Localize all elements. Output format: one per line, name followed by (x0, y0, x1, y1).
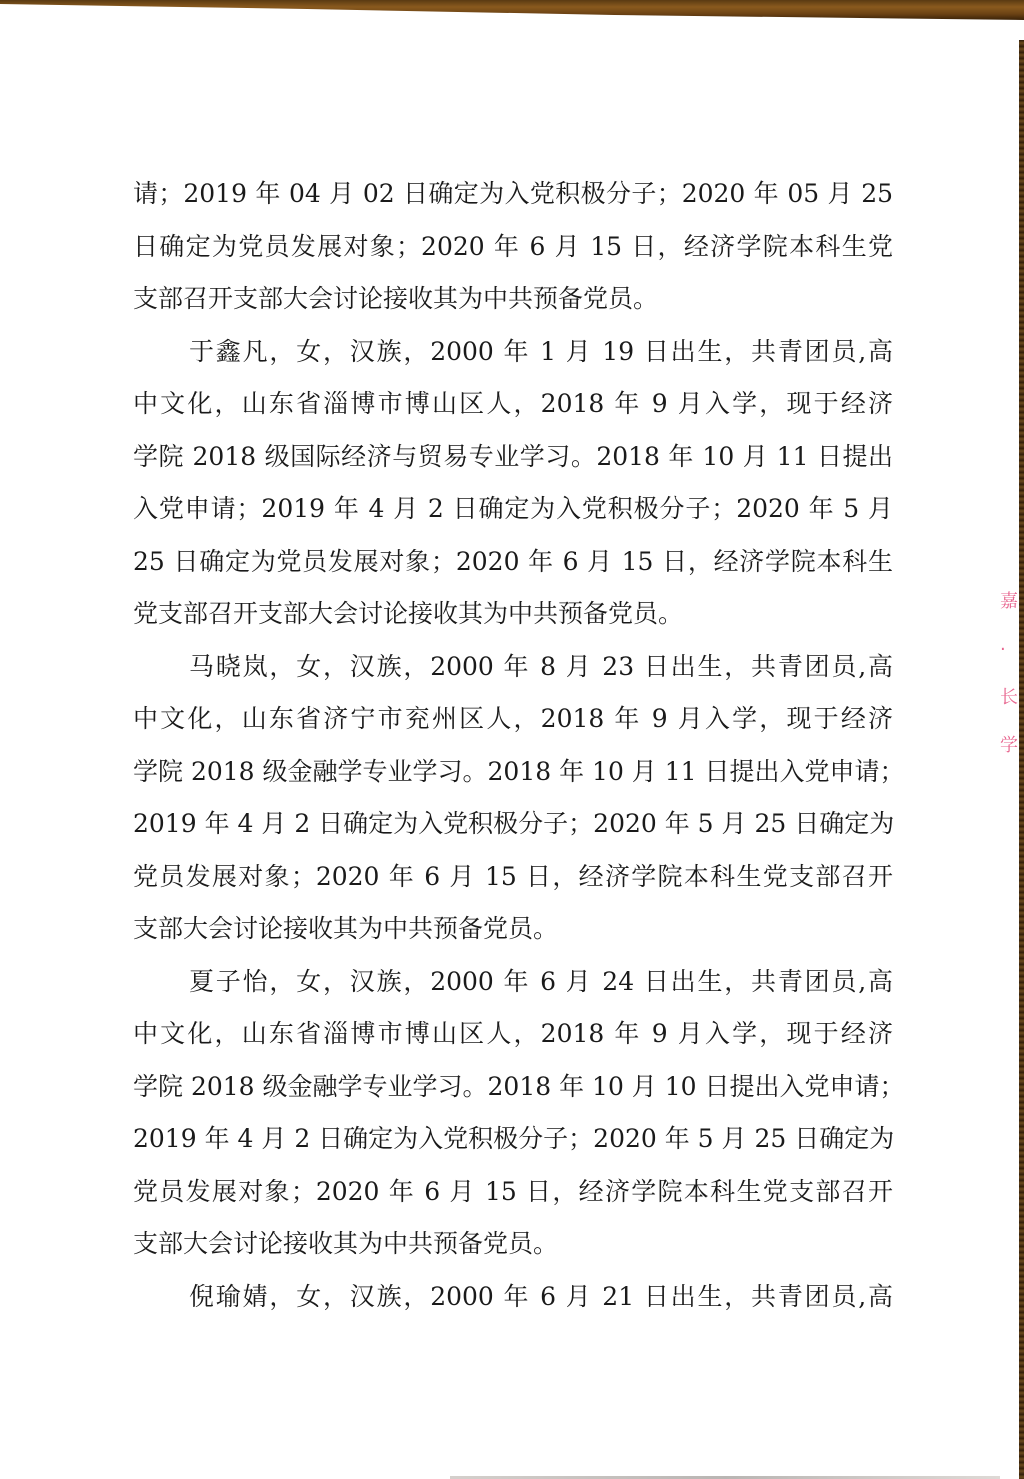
text-line: 学院 2018 级国际经济与贸易专业学习。2018 年 10 月 11 日提出 (133, 431, 893, 484)
seal-char: 学 (1000, 722, 1018, 770)
text-line: 倪瑜婧，女，汉族，2000 年 6 月 21 日出生，共青团员,高 (133, 1271, 893, 1324)
wood-surface-right (1019, 40, 1024, 1479)
document-body: 请；2019 年 04 月 02 日确定为入党积极分子；2020 年 05 月 … (133, 168, 893, 1323)
text-line: 于鑫凡，女，汉族，2000 年 1 月 19 日出生，共青团员,高 (133, 326, 893, 379)
text-line: 学院 2018 级金融学专业学习。2018 年 10 月 10 日提出入党申请； (133, 1061, 893, 1114)
text-line: 25 日确定为党员发展对象；2020 年 6 月 15 日，经济学院本科生 (133, 536, 893, 589)
red-seal-stamp: 嘉 · 长 学 (1000, 578, 1018, 808)
paragraph-xia-ziyi: 夏子怡，女，汉族，2000 年 6 月 24 日出生，共青团员,高 中文化，山东… (133, 956, 893, 1271)
text-line: 日确定为党员发展对象；2020 年 6 月 15 日，经济学院本科生党 (133, 221, 893, 274)
seal-char: 长 (1000, 674, 1018, 722)
text-line: 中文化，山东省淄博市博山区人，2018 年 9 月入学，现于经济 (133, 1008, 893, 1061)
paragraph-ni-yujing: 倪瑜婧，女，汉族，2000 年 6 月 21 日出生，共青团员,高 (133, 1271, 893, 1324)
text-line: 党员发展对象；2020 年 6 月 15 日，经济学院本科生党支部召开 (133, 1166, 893, 1219)
text-line: 2019 年 4 月 2 日确定为入党积极分子；2020 年 5 月 25 日确… (133, 798, 893, 851)
paragraph-intro-tail: 请；2019 年 04 月 02 日确定为入党积极分子；2020 年 05 月 … (133, 168, 893, 326)
text-line: 支部大会讨论接收其为中共预备党员。 (133, 903, 893, 956)
text-line: 党员发展对象；2020 年 6 月 15 日，经济学院本科生党支部召开 (133, 851, 893, 904)
text-line: 党支部召开支部大会讨论接收其为中共预备党员。 (133, 588, 893, 641)
paragraph-ma-xiaolan: 马晓岚，女，汉族，2000 年 8 月 23 日出生，共青团员,高 中文化，山东… (133, 641, 893, 956)
document-page: 请；2019 年 04 月 02 日确定为入党积极分子；2020 年 05 月 … (0, 0, 1018, 1479)
text-line: 2019 年 4 月 2 日确定为入党积极分子；2020 年 5 月 25 日确… (133, 1113, 893, 1166)
seal-char: 嘉 (1000, 578, 1018, 626)
text-line: 支部召开支部大会讨论接收其为中共预备党员。 (133, 273, 893, 326)
text-line: 请；2019 年 04 月 02 日确定为入党积极分子；2020 年 05 月 … (133, 168, 893, 221)
text-line: 马晓岚，女，汉族，2000 年 8 月 23 日出生，共青团员,高 (133, 641, 893, 694)
paragraph-yu-xinfan: 于鑫凡，女，汉族，2000 年 1 月 19 日出生，共青团员,高 中文化，山东… (133, 326, 893, 641)
text-line: 中文化，山东省济宁市兖州区人，2018 年 9 月入学，现于经济 (133, 693, 893, 746)
text-line: 中文化，山东省淄博市博山区人，2018 年 9 月入学，现于经济 (133, 378, 893, 431)
text-line: 夏子怡，女，汉族，2000 年 6 月 24 日出生，共青团员,高 (133, 956, 893, 1009)
text-line: 入党申请；2019 年 4 月 2 日确定为入党积极分子；2020 年 5 月 (133, 483, 893, 536)
text-line: 支部大会讨论接收其为中共预备党员。 (133, 1218, 893, 1271)
text-line: 学院 2018 级金融学专业学习。2018 年 10 月 11 日提出入党申请； (133, 746, 893, 799)
seal-char: · (1000, 626, 1018, 674)
